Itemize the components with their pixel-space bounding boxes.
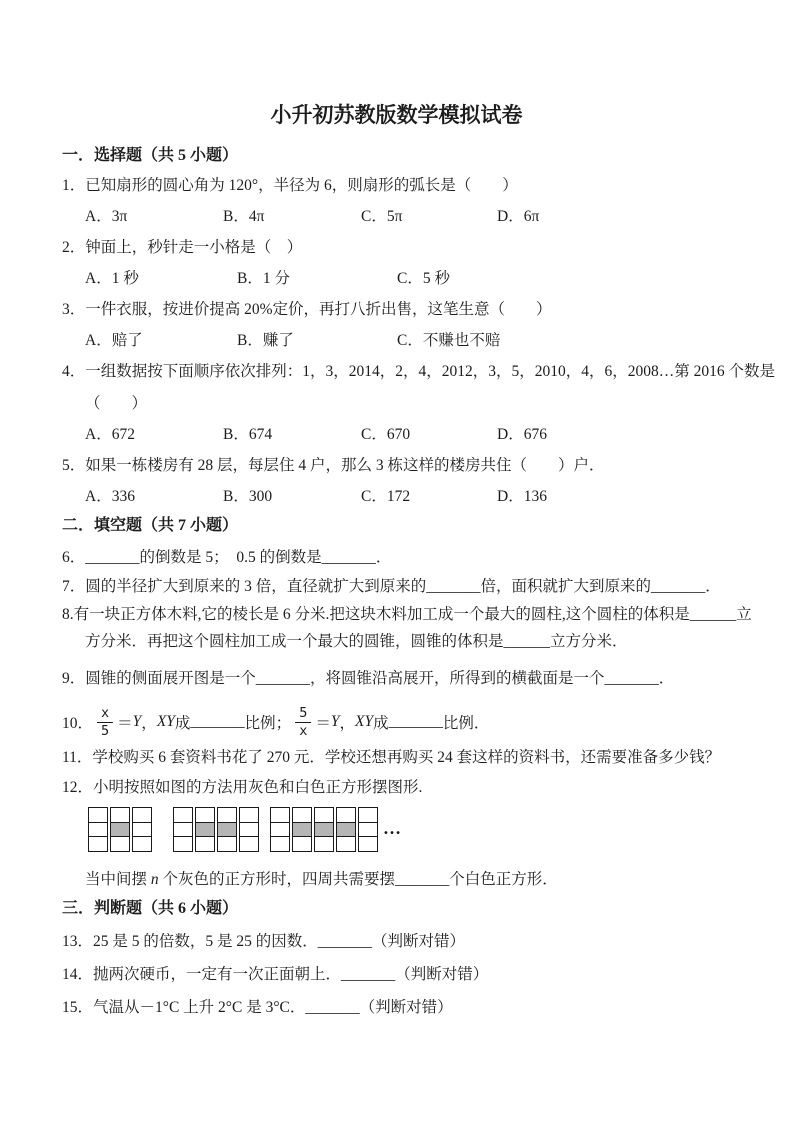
ellipsis-continuation: … <box>383 818 402 839</box>
question-13-text: 13．25 是 5 的倍数，5 是 25 的因数．_______（判断对错） <box>62 932 465 952</box>
question-11-text: 11．学校购买 6 套资料书花了 270 元．学校还想再购买 24 套这样的资料… <box>62 748 720 768</box>
question-4-options: A．672 B．674 C．670 D．676 <box>0 425 793 445</box>
comma: ， <box>339 711 355 733</box>
grid-row <box>88 836 152 852</box>
option-c: C．172 <box>361 487 410 507</box>
white-square-cell <box>270 836 290 852</box>
answer-blank: _______ <box>389 713 443 731</box>
question-2-text: 2．钟面上，秒针走一小格是（ ） <box>62 238 302 258</box>
white-square-cell <box>217 836 237 852</box>
section-1-heading: 一．选择题（共 5 小题） <box>62 146 238 166</box>
white-square-cell <box>358 836 378 852</box>
equals-sign: ＝ <box>117 711 133 733</box>
question-2-options: A．1 秒 B．1 分 C．5 秒 <box>0 269 793 289</box>
section-3-heading: 三．判断题（共 6 小题） <box>62 899 238 919</box>
fraction-x-over-5: x5 <box>97 706 113 739</box>
option-a: A．3π <box>85 207 127 227</box>
option-d: D．6π <box>497 207 539 227</box>
equals-sign: ＝ <box>315 711 331 733</box>
variable-xy: XY <box>157 713 175 731</box>
comma: ， <box>141 711 157 733</box>
option-a: A．1 秒 <box>85 269 139 289</box>
question-1-options: A．3π B．4π C．5π D．6π <box>0 207 793 227</box>
option-a: A．赔了 <box>85 331 143 351</box>
option-d: D．136 <box>497 487 547 507</box>
question-15-text: 15．气温从－1°C 上升 2°C 是 3°C．_______（判断对错） <box>62 998 453 1018</box>
section-2-heading: 二．填空题（共 7 小题） <box>62 516 238 536</box>
option-b: B．4π <box>223 207 264 227</box>
square-pattern-figure-2 <box>173 807 259 852</box>
question-4-text-line1: 4．一组数据按下面顺序依次排列：1，3，2014，2，4，2012，3，5，20… <box>62 362 775 382</box>
text-cheng: 成 <box>373 711 389 733</box>
option-b: B．674 <box>223 425 272 445</box>
question-8-text-line1: 8.有一块正方体木料,它的棱长是 6 分米.把这块木料加工成一个最大的圆柱,这个… <box>62 605 752 625</box>
question-12-text: 12．小明按照如图的方法用灰色和白色正方形摆图形. <box>62 778 422 798</box>
grid-row <box>173 836 259 852</box>
page-title: 小升初苏教版数学模拟试卷 <box>0 100 793 130</box>
white-square-cell <box>336 836 356 852</box>
question-3-text: 3．一件衣服，按进价提高 20%定价，再打八折出售，这笔生意（ ） <box>62 300 552 320</box>
option-d: D．676 <box>497 425 547 445</box>
white-square-cell <box>110 836 130 852</box>
variable-y: Y <box>331 713 340 731</box>
white-square-cell <box>173 836 193 852</box>
question-5-text: 5．如果一栋楼房有 28 层，每层住 4 户，那么 3 栋这样的楼房共住（ ）户… <box>62 456 605 476</box>
caption-prefix: 当中间摆 <box>85 871 151 888</box>
square-pattern-figure-3 <box>270 807 378 852</box>
question-12-caption: 当中间摆 n 个灰色的正方形时，四周共需要摆_______个白色正方形． <box>85 870 558 890</box>
question-number: 10． <box>62 711 93 733</box>
option-c: C．5 秒 <box>397 269 450 289</box>
white-square-cell <box>292 836 312 852</box>
variable-n: n <box>151 871 159 888</box>
grid-row <box>270 836 378 852</box>
caption-suffix: 个灰色的正方形时，四周共需要摆_______个白色正方形． <box>159 871 558 888</box>
option-c: C．670 <box>361 425 410 445</box>
question-10-text: 10． x5 ＝ Y ， XY 成 _______ 比例； 5x ＝ Y ， X… <box>62 697 489 747</box>
white-square-cell <box>132 836 152 852</box>
question-14-text: 14．抛两次硬币，一定有一次正面朝上．_______（判断对错） <box>62 965 488 985</box>
white-square-cell <box>88 836 108 852</box>
question-8-text-line2: 方分米．再把这个圆柱加工成一个最大的圆锥，圆锥的体积是______立方分米． <box>85 632 628 652</box>
variable-xy: XY <box>355 713 373 731</box>
option-b: B．1 分 <box>237 269 290 289</box>
option-b: B．300 <box>223 487 272 507</box>
option-a: A．336 <box>85 487 135 507</box>
text-cheng: 成 <box>175 711 191 733</box>
text-bili: 比例； <box>245 711 292 733</box>
exam-paper-page: 小升初苏教版数学模拟试卷 一．选择题（共 5 小题） 1．已知扇形的圆心角为 1… <box>0 0 793 1122</box>
white-square-cell <box>195 836 215 852</box>
white-square-cell <box>314 836 334 852</box>
question-4-text-line2: （ ） <box>85 394 147 414</box>
variable-y: Y <box>133 713 142 731</box>
answer-blank: _______ <box>190 713 244 731</box>
question-5-options: A．336 B．300 C．172 D．136 <box>0 487 793 507</box>
fraction-5-over-x: 5x <box>295 706 311 739</box>
text-bili: 比例． <box>443 711 490 733</box>
option-c: C．5π <box>361 207 402 227</box>
question-1-text: 1．已知扇形的圆心角为 120°，半径为 6，则扇形的弧长是（ ） <box>62 176 518 196</box>
question-6-text: 6．_______的倒数是 5； 0.5 的倒数是_______． <box>62 548 391 568</box>
option-c: C．不赚也不赔 <box>397 331 500 351</box>
question-9-text: 9．圆锥的侧面展开图是一个_______，将圆锥沿高展开，所得到的横截面是一个_… <box>62 669 674 689</box>
option-b: B．赚了 <box>237 331 294 351</box>
question-7-text: 7．圆的半径扩大到原来的 3 倍，直径就扩大到原来的_______倍，面积就扩大… <box>62 577 721 597</box>
question-3-options: A．赔了 B．赚了 C．不赚也不赔 <box>0 331 793 351</box>
square-pattern-figure-1 <box>88 807 152 852</box>
option-a: A．672 <box>85 425 135 445</box>
white-square-cell <box>239 836 259 852</box>
